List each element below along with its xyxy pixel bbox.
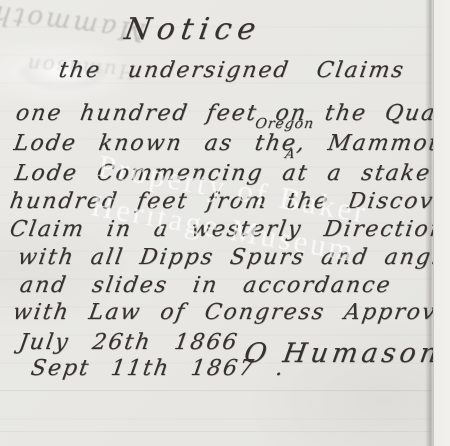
document-line-4: Lode Commencing at a stake six	[13, 161, 450, 186]
signature: O Humason	[242, 338, 444, 369]
adjacent-page-edge	[433, 0, 450, 446]
document-line-10-date-1866: July 26th 1866	[17, 330, 240, 355]
paper-crease	[0, 390, 430, 391]
document-line-8: and slides in accordance	[18, 273, 394, 298]
notice-title: Notice	[122, 12, 264, 47]
document-line-2: one hundred feet on the Quartz	[14, 101, 450, 126]
document-line-5: hundred feet from the Discovery	[8, 189, 450, 214]
document-line-6: Claim in a westerly Direction	[8, 217, 448, 242]
scanned-document-photo: Mammoth Humason Notice the undersigned C…	[0, 0, 450, 446]
insertion-caret-a: A	[284, 147, 296, 162]
insertion-oregon: Oregon	[254, 116, 315, 132]
paper-crease	[0, 431, 430, 432]
page-edge-shadow	[425, 0, 433, 446]
document-line-1: the undersigned Claims	[57, 58, 407, 83]
document-line-7: with all Dipps Spurs and angles	[16, 245, 450, 270]
document-line-9: with Law of Congress Approved	[11, 300, 450, 325]
document-line-3: Lode known as the, Mammoth	[12, 131, 450, 156]
